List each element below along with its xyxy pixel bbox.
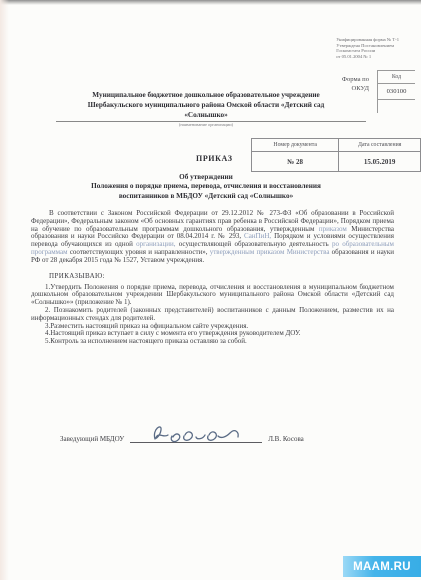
order-intro-paragraph: В соответствии с Законом Российской Феде…	[31, 210, 394, 265]
scanned-order-document: Унифицированная форма № Т-1 Утверждена П…	[0, 0, 421, 580]
scan-top-edge-shadow	[0, 0, 421, 5]
order-body: В соответствии с Законом Российской Феде…	[31, 210, 394, 346]
scan-left-edge-tint	[0, 0, 9, 580]
order-item: 5.Контроль за исполнением настоящего при…	[31, 338, 394, 346]
organization-name-line: «Солнышко»	[30, 110, 382, 120]
doc-date-value: 15.05.2019	[339, 152, 421, 172]
intro-segment: соответствующих уровня и направленности»…	[68, 248, 210, 256]
table-header-doc-number: Номер документа	[252, 139, 339, 152]
order-item: 2. Познакомить родителей (законных предс…	[31, 307, 394, 323]
order-subject-line: воспитанников в МБДОУ «Детский сад «Солн…	[30, 192, 382, 201]
handwritten-signature-icon	[148, 420, 240, 446]
organization-name-caption: (наименование организации)	[30, 122, 382, 127]
order-title: ПРИКАЗ	[196, 154, 233, 163]
intro-segment: осуществляющей образовательную деятельно…	[175, 240, 331, 248]
form-note-line: от 05.01.2004 № 1	[336, 54, 399, 60]
maam-ru-watermark: MAAM.RU	[343, 556, 421, 577]
intro-segment: СанПиН,	[244, 232, 271, 240]
signatory-position: Заведующий МБДОУ	[60, 435, 124, 443]
intro-segment: утвержденным приказом Министерства	[210, 248, 330, 256]
organization-name-line: Шербакульского муниципального района Омс…	[30, 100, 382, 110]
okud-code-box: Код 030100	[377, 70, 415, 113]
unified-form-note: Унифицированная форма № Т-1 Утверждена П…	[336, 37, 399, 60]
code-box-empty-cell	[378, 100, 415, 113]
doc-number-value: № 28	[252, 152, 339, 172]
organization-name: Муниципальное бюджетное дошкольное образ…	[30, 90, 382, 120]
order-command-word: ПРИКАЗЫВАЮ:	[31, 272, 394, 280]
order-number-date-table: Номер документа Дата составления № 28 15…	[251, 138, 421, 172]
intro-segment: приказом	[319, 225, 347, 233]
order-subject: Об утверждении Положения о порядке прием…	[30, 173, 382, 201]
signatory-name: Л.В. Косова	[268, 435, 304, 443]
order-items-list: 1.Утвердить Положения о порядке приема, …	[31, 284, 394, 346]
table-header-doc-date: Дата составления	[339, 139, 421, 152]
signature-line	[130, 424, 262, 443]
code-box-header: Код	[378, 70, 415, 84]
order-item: 1.Утвердить Положения о порядке приема, …	[31, 284, 394, 307]
okud-label-line: Форма по	[342, 76, 369, 85]
order-subject-line: Об утверждении	[30, 173, 382, 182]
signature-block: Заведующий МБДОУ Л.В. Косова	[60, 424, 380, 443]
organization-name-line: Муниципальное бюджетное дошкольное образ…	[30, 90, 382, 100]
form-note-line: Унифицированная форма № Т-1	[336, 37, 399, 43]
okud-code-value: 030100	[378, 84, 415, 100]
intro-segment: организации,	[136, 240, 175, 248]
order-subject-line: Положения о порядке приема, перевода, от…	[30, 182, 382, 191]
